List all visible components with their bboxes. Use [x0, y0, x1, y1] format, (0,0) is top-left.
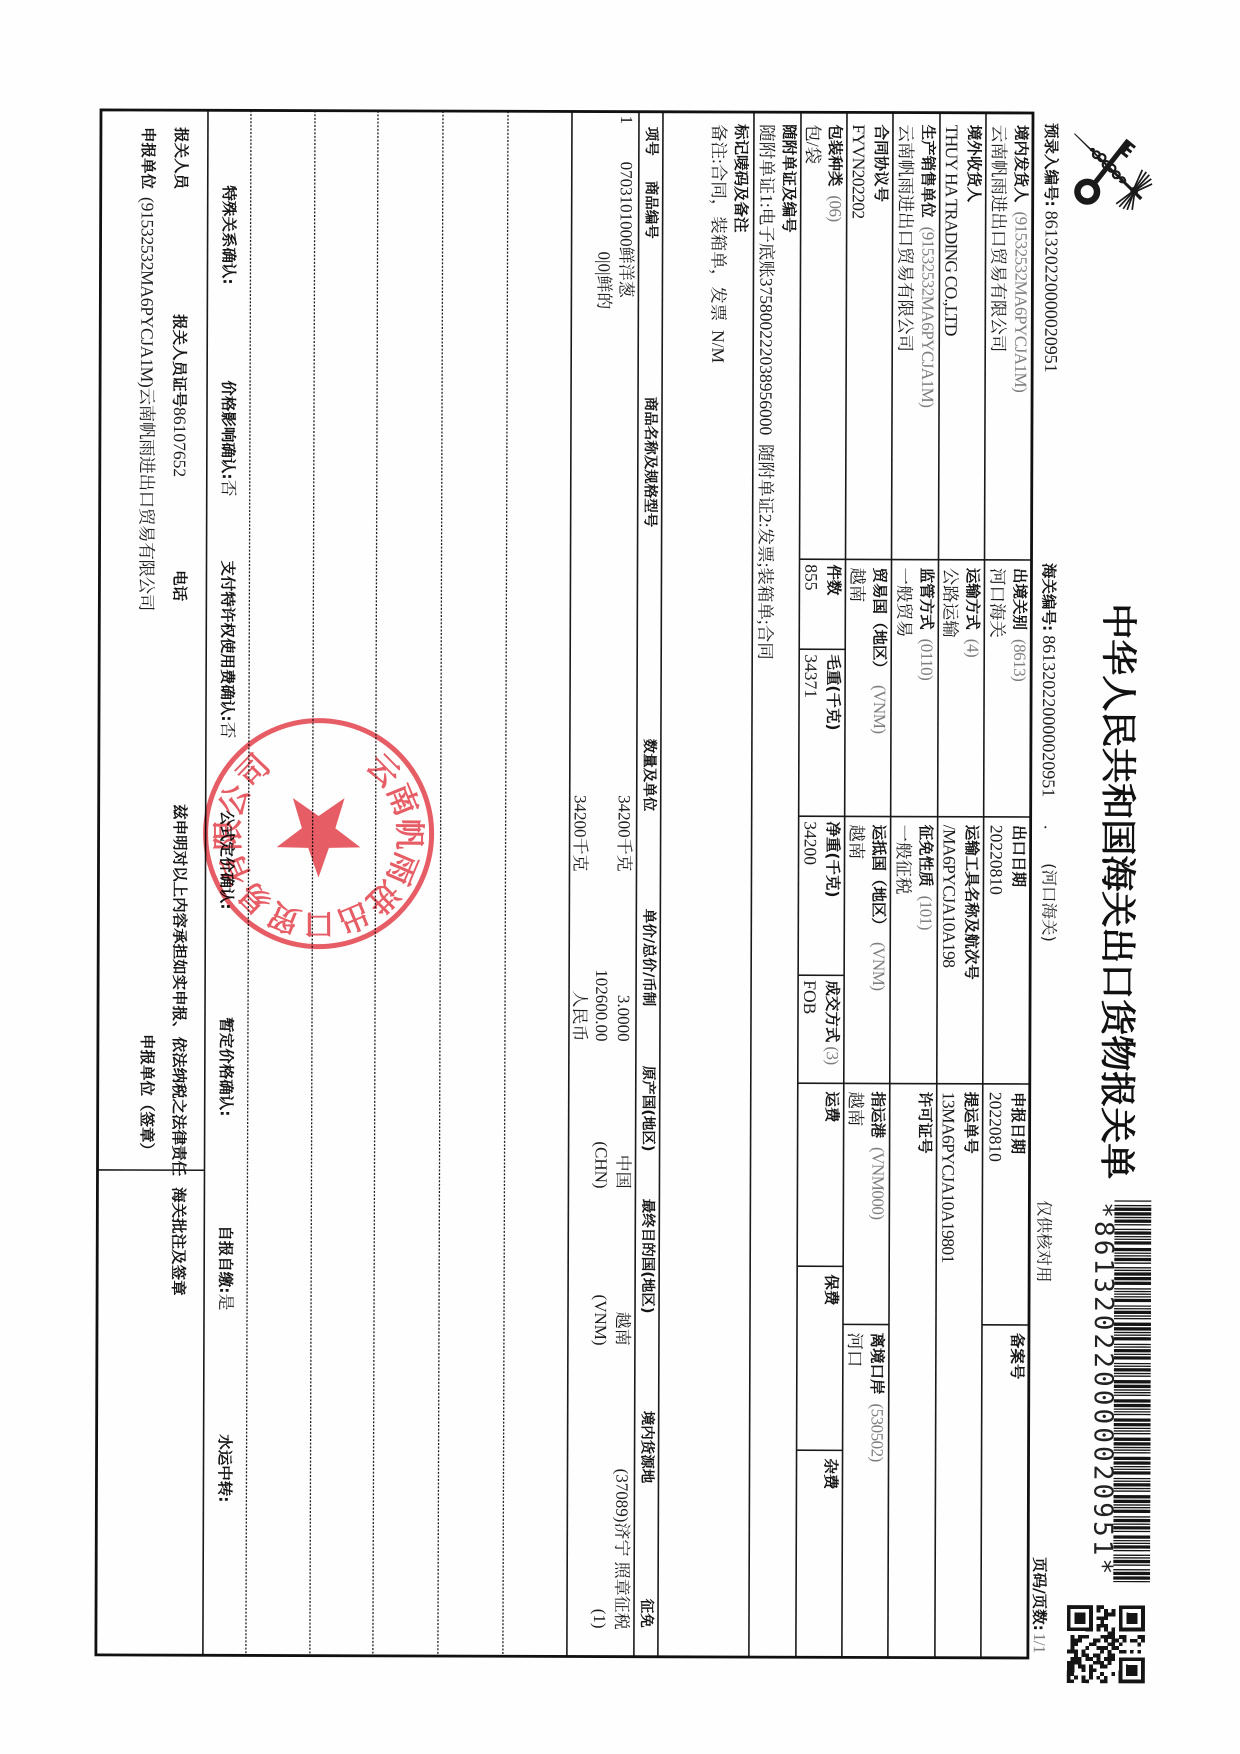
field-destination-port: 指运港(VNM000) 越南 — [843, 1083, 890, 1324]
declaration-statement: 兹申明对以上内容承担如实申报、依法纳税之法律责任 — [167, 804, 190, 1176]
field-label: 运抵国（地区） — [869, 824, 887, 933]
field-value — [798, 1091, 821, 1266]
field-label: 出境关别 — [1010, 568, 1028, 630]
field-label-line: 离境口岸(530502) — [865, 1332, 888, 1657]
broker-label: 报关人员 — [170, 127, 192, 189]
confirm-label: 自报自缴: — [216, 1225, 234, 1293]
goods-source: (37089)济宁 — [610, 1469, 632, 1557]
field-label: 征免性质 — [916, 825, 934, 887]
goods-destination: 越南 — [611, 1246, 633, 1346]
field-value — [890, 1092, 914, 1658]
field-label-line: 出境关别(8613) — [1008, 568, 1031, 817]
field-code: (101) — [916, 896, 935, 930]
field-attached-documents: 随附单证及编号 随附单证1:电子底账375800222038956000 随附单… — [749, 112, 801, 1657]
field-insurance: 保费 — [797, 1266, 844, 1450]
declarant-value: (91532532MA6PYCJA1M)云南帆雨进出口贸易有限公司 — [135, 197, 158, 611]
field-value: 20220810 — [985, 825, 1008, 1084]
field-code: (06) — [826, 195, 845, 221]
field-overseas-consignee: 境外收货人 THUY HA TRADING CO.,LTD — [939, 113, 986, 560]
field-declare-date: 申报日期 20220810 — [982, 1084, 1030, 1325]
field-label: 监管方式 — [917, 568, 935, 630]
field-value: FOB — [799, 980, 821, 1083]
field-label-line: 包装种类(06) — [823, 124, 846, 559]
field-code: (3) — [823, 1046, 842, 1064]
field-label-line: 贸易国（地区）(VNM) — [868, 567, 891, 816]
field-destination-country: 运抵国（地区）(VNM) 越南 — [844, 816, 891, 1083]
field-value: 河口 — [843, 1332, 866, 1657]
goods-total-price: 102600.00 — [590, 899, 612, 1042]
goods-declared-quantity: 34200千克 — [612, 699, 635, 872]
broker-cert-label: 报关人员证号 — [170, 314, 188, 407]
field-value: FYVN202202 — [847, 124, 870, 559]
field-label: 指运港 — [869, 1091, 887, 1138]
field-contract-number: 合同协议号 FYVN202202 — [846, 112, 893, 559]
self-report-confirm: 自报自缴:是 — [203, 1225, 247, 1310]
field-code: (VNM) — [869, 942, 888, 991]
field-value: 越南 — [845, 824, 868, 1083]
goods-item-no: 1 — [615, 116, 637, 125]
field-label: 提运单号 — [958, 1092, 982, 1658]
field-misc-fees: 杂费 — [796, 1450, 843, 1657]
field-value — [798, 1274, 821, 1450]
field-value: 包/袋 — [801, 124, 824, 559]
field-label: 合同协议号 — [869, 124, 892, 559]
field-label-line: 境内发货人(91532532MA6PYCJA1M) — [1009, 125, 1032, 560]
field-value: 855 — [800, 564, 822, 649]
field-value: 云南帆雨进出口贸易有限公司 — [894, 125, 917, 560]
goods-origin: 中国 — [611, 1089, 633, 1189]
field-label: 运费 — [820, 1091, 843, 1266]
field-freight: 运费 — [797, 1083, 844, 1266]
field-transaction-mode: 成交方式(3) FOB — [798, 975, 844, 1083]
field-license-number: 许可证号 — [888, 1084, 937, 1658]
goods-name: 鲜洋葱 — [616, 247, 635, 298]
confirm-label: 特殊关系确认: — [219, 185, 237, 284]
field-label: 净重(千克) — [821, 821, 844, 975]
goods-header-destination: 最终目的国(地区) — [635, 1199, 659, 1314]
field-value: 13MA6PYCJA10A19801 — [936, 1092, 960, 1658]
field-label-line: 生产销售单位(91532532MA6PYCJA1M) — [916, 125, 939, 560]
phone-label: 电话 — [168, 570, 190, 601]
declarant-seal-label: 申报单位（签章） — [136, 1034, 158, 1158]
field-value: THUY HA TRADING CO.,LTD — [940, 125, 963, 560]
document-content: 中华人民共和国海关出口货物报关单 预录入编号:86132022000002095… — [0, 0, 1240, 1754]
provisional-price-confirm: 暂定价格确认: — [204, 1017, 248, 1116]
field-value: 34371 — [800, 654, 823, 816]
field-label: 境内发货人 — [1012, 125, 1030, 203]
goods-header-source: 境内货源地 — [634, 1411, 658, 1484]
goods-header-origin: 原产国(地区) — [636, 1066, 660, 1152]
field-exit-port: 离境口岸(530502) 河口 — [842, 1324, 889, 1657]
field-value — [797, 1458, 820, 1657]
field-label: 贸易国（地区） — [870, 567, 888, 676]
broker-certificate: 报关人员证号86107652 — [168, 314, 192, 477]
field-label: 生产销售单位 — [919, 125, 937, 218]
field-transport-mode: 运输方式(4) 公路运输 — [938, 560, 985, 817]
goods-levy: 照章征税 — [610, 1562, 632, 1630]
field-label: 件数 — [822, 564, 844, 649]
field-value: 公路运输 — [939, 568, 962, 817]
field-marks-remarks: 标记唛码及备注 备注:合同，装箱单，发票 N/M — [658, 112, 753, 1657]
field-bill-of-lading: 提运单号 13MA6PYCJA10A19801 — [935, 1084, 983, 1658]
field-label: 保费 — [820, 1274, 843, 1450]
field-value: 一般贸易 — [893, 568, 916, 817]
field-supervision-mode: 监管方式(0110) 一般贸易 — [891, 560, 939, 817]
goods-header-quantity: 数量及单位 — [637, 739, 661, 812]
field-code: (91532532MA6PYCJA1M) — [918, 227, 938, 408]
goods-currency: 人民币 — [568, 898, 590, 1041]
field-value: 一般征税 — [892, 825, 915, 1084]
field-trade-country: 贸易国（地区）(VNM) 越南 — [845, 559, 892, 816]
field-label: 许可证号 — [912, 1092, 936, 1658]
confirm-label: 暂定价格确认: — [217, 1017, 235, 1116]
field-value: 云南帆雨进出口贸易有限公司 — [987, 125, 1010, 560]
field-label: 运输工具名称及航次号 — [960, 825, 983, 1084]
field-value: 34200 — [799, 821, 822, 975]
field-label: 申报日期 — [1006, 1092, 1029, 1325]
field-code: (VNM000) — [868, 1147, 887, 1220]
field-domestic-consignor: 境内发货人(91532532MA6PYCJA1M) 云南帆雨进出口贸易有限公司 — [985, 113, 1033, 560]
field-value: 越南 — [846, 567, 869, 816]
field-code: (8613) — [1010, 639, 1029, 681]
field-code: (4) — [963, 639, 982, 657]
field-net-weight: 净重(千克) 34200 — [798, 816, 845, 975]
goods-code-name-line: 0703101000鲜洋葱 — [614, 162, 636, 298]
customs-export-declaration: 中华人民共和国海关出口货物报关单 预录入编号:86132022000002095… — [0, 0, 1240, 1754]
field-label: 成交方式 — [823, 980, 841, 1042]
goods-levy-code: (1) — [588, 1559, 610, 1629]
goods-header-item-no: 项号 — [639, 127, 663, 156]
field-label-line: 运抵国（地区）(VNM) — [867, 824, 890, 1083]
goods-header-hs-code: 商品编号 — [639, 181, 663, 239]
goods-header-name-spec: 商品名称及规格型号 — [638, 397, 662, 528]
field-gross-weight: 毛重(千克) 34371 — [799, 649, 846, 816]
field-label-line: 监管方式(0110) — [915, 568, 938, 817]
field-value — [983, 1333, 1006, 1658]
goods-destination-code: (VNM) — [589, 1246, 611, 1346]
field-label-line: 指运港(VNM000) — [866, 1091, 889, 1324]
goods-spec: 0|0|鲜的 — [592, 252, 614, 310]
field-label: 备案号 — [1005, 1333, 1028, 1658]
field-value: /MA6PYCJA10A198 — [938, 825, 961, 1084]
field-code: (530502) — [868, 1403, 887, 1461]
field-producer: 生产销售单位(91532532MA6PYCJA1M) 云南帆雨进出口贸易有限公司 — [892, 113, 940, 560]
field-label: 杂费 — [819, 1458, 842, 1657]
field-label: 离境口岸 — [868, 1332, 886, 1394]
confirm-value: 否 — [219, 480, 238, 497]
declarant-label: 申报单位 — [137, 127, 159, 189]
field-label: 运输方式 — [963, 568, 981, 630]
field-package-type: 包装种类(06) 包/袋 — [800, 112, 847, 559]
price-impact-confirm: 价格影响确认:否 — [206, 380, 250, 496]
goods-hs-code: 0703101000 — [617, 162, 636, 247]
field-label: 境外收货人 — [962, 125, 985, 560]
field-packages: 件数 855 — [799, 559, 845, 649]
field-levy-nature: 征免性质(101) 一般征税 — [890, 817, 938, 1084]
special-relation-confirm: 特殊关系确认: — [206, 185, 250, 284]
field-value: 20220810 — [984, 1092, 1007, 1325]
field-value: 河口海关 — [986, 568, 1009, 817]
field-conveyance: 运输工具名称及航次号 /MA6PYCJA10A198 — [937, 817, 984, 1084]
field-export-date: 出口日期 20220810 — [983, 817, 1031, 1084]
confirm-label: 价格影响确认: — [219, 380, 237, 479]
customs-annotation-label: 海关批注及签章 — [167, 1187, 189, 1296]
field-label: 毛重(千克) — [822, 654, 845, 816]
field-value: 越南 — [844, 1091, 867, 1324]
broker-cert-number: 86107652 — [170, 407, 190, 477]
field-label-line: 运输方式(4) — [961, 568, 984, 817]
field-code: (91532532MA6PYCJA1M) — [1011, 211, 1031, 392]
field-label: 包装种类 — [826, 124, 844, 186]
field-record-number: 备案号 — [981, 1325, 1029, 1658]
goods-header-levy: 征免 — [634, 1599, 658, 1628]
goods-origin-code: (CHN) — [589, 1089, 611, 1189]
field-exit-customs: 出境关别(8613) 河口海关 — [984, 560, 1032, 817]
water-transit-confirm: 水运中转: — [202, 1434, 246, 1502]
company-seal-stamp: 云南帆雨进出口贸易有限公司 — [193, 708, 444, 959]
field-code: (0110) — [917, 639, 936, 681]
confirm-label: 支付特许权使用费确认: — [218, 560, 237, 721]
goods-header-price: 单价/总价/币制 — [636, 909, 660, 1007]
field-label: 出口日期 — [1007, 825, 1030, 1084]
seal-star-icon — [277, 798, 361, 878]
field-code: (VNM) — [870, 685, 889, 734]
confirm-value: 是 — [216, 1294, 235, 1311]
goods-unit-price: 3.0000 — [612, 899, 634, 1042]
goods-legal-quantity: 34200千克 — [568, 698, 591, 871]
field-label-line: 征免性质(101) — [914, 825, 937, 1084]
scanned-page: 中华人民共和国海关出口货物报关单 预录入编号:86132022000002095… — [0, 0, 1240, 1754]
confirm-label: 水运中转: — [215, 1434, 233, 1502]
field-label-line: 成交方式(3) — [821, 980, 843, 1083]
